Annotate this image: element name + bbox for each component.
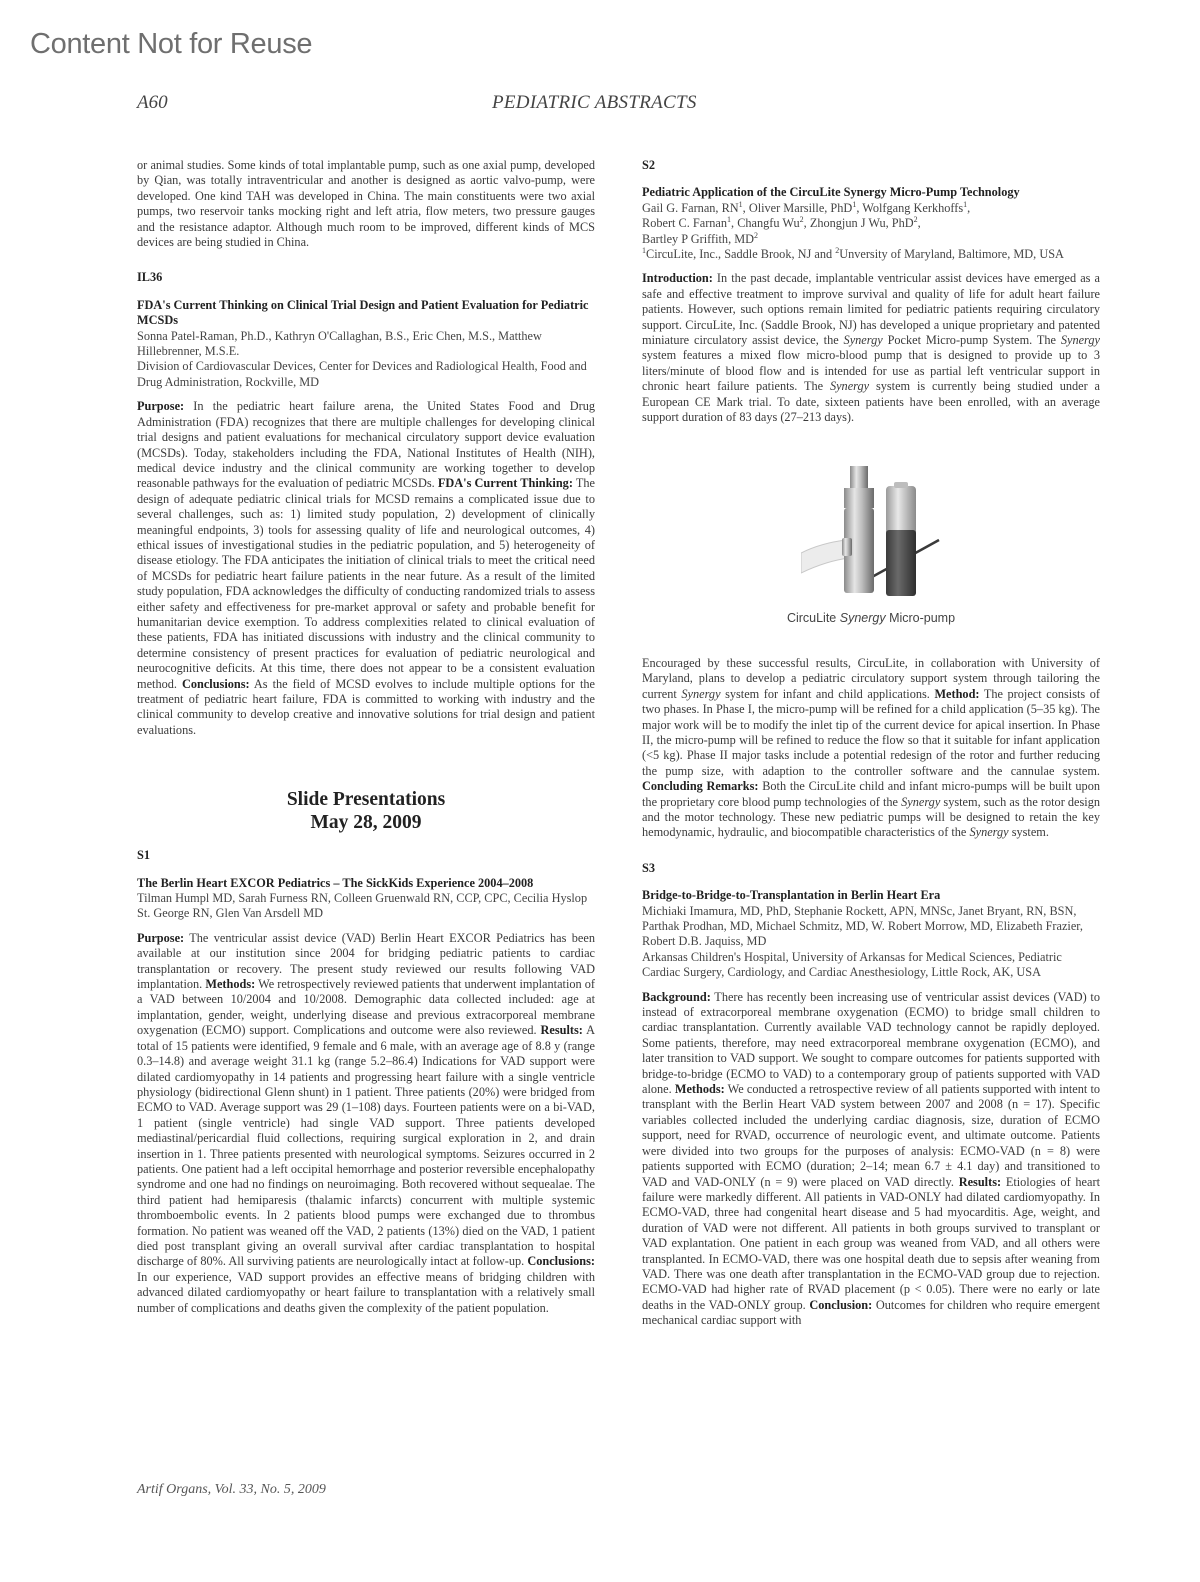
abstract-title: Pediatric Application of the CircuLite S…	[642, 185, 1100, 200]
conclusions-label: Conclusions:	[182, 677, 250, 691]
abstract-authors: Gail G. Farnan, RN1, Oliver Marsille, Ph…	[642, 201, 1100, 247]
journal-section-title: PEDIATRIC ABSTRACTS	[492, 92, 697, 114]
abstract-il36: IL36 FDA's Current Thinking on Clinical …	[137, 270, 595, 738]
abstract-body-continued: Encouraged by these successful results, …	[642, 656, 1100, 841]
abstract-affiliation: Division of Cardiovascular Devices, Cent…	[137, 359, 595, 390]
abstract-authors: Michiaki Imamura, MD, PhD, Stephanie Roc…	[642, 904, 1100, 950]
footer-citation: Artif Organs, Vol. 33, No. 5, 2009	[137, 1482, 326, 1498]
abstract-title: FDA's Current Thinking on Clinical Trial…	[137, 298, 595, 329]
abstract-body: Introduction: In the past decade, implan…	[642, 271, 1100, 425]
purpose-label: Purpose:	[137, 399, 184, 413]
running-head: A60 PEDIATRIC ABSTRACTS	[137, 92, 1100, 118]
abstract-id: S2	[642, 158, 1100, 173]
abstract-id: IL36	[137, 270, 595, 285]
abstract-title: Bridge-to-Bridge-to-Transplantation in B…	[642, 888, 1100, 903]
abstract-authors: Tilman Humpl MD, Sarah Furness RN, Colle…	[137, 891, 595, 922]
abstract-body: Purpose: The ventricular assist device (…	[137, 931, 595, 1316]
abstract-s3: S3 Bridge-to-Bridge-to-Transplantation i…	[642, 861, 1100, 1329]
watermark: Content Not for Reuse	[30, 28, 312, 61]
section-heading: Slide Presentations May 28, 2009	[137, 788, 595, 834]
figure-caption: CircuLite Synergy Micro-pump	[642, 611, 1100, 626]
abstract-title: The Berlin Heart EXCOR Pediatrics – The …	[137, 876, 595, 891]
abstract-id: S1	[137, 848, 595, 863]
figure: CircuLite Synergy Micro-pump	[642, 458, 1100, 626]
abstract-affiliation: Arkansas Children's Hospital, University…	[642, 950, 1100, 981]
abstract-s2: S2 Pediatric Application of the CircuLit…	[642, 158, 1100, 841]
abstract-s1: S1 The Berlin Heart EXCOR Pediatrics – T…	[137, 848, 595, 1316]
page-number: A60	[137, 92, 168, 114]
right-column: S2 Pediatric Application of the CircuLit…	[642, 158, 1100, 1329]
left-column: or animal studies. Some kinds of total i…	[137, 158, 595, 1316]
current-thinking-label: FDA's Current Thinking:	[438, 476, 573, 490]
abstract-body: Background: There has recently been incr…	[642, 990, 1100, 1329]
micro-pump-photo-icon	[801, 458, 941, 603]
continuation-paragraph: or animal studies. Some kinds of total i…	[137, 158, 595, 250]
abstract-authors: Sonna Patel-Raman, Ph.D., Kathryn O'Call…	[137, 329, 595, 360]
abstract-body: Purpose: In the pediatric heart failure …	[137, 399, 595, 738]
abstract-affiliation: 1CircuLite, Inc., Saddle Brook, NJ and 2…	[642, 247, 1100, 262]
abstract-id: S3	[642, 861, 1100, 876]
